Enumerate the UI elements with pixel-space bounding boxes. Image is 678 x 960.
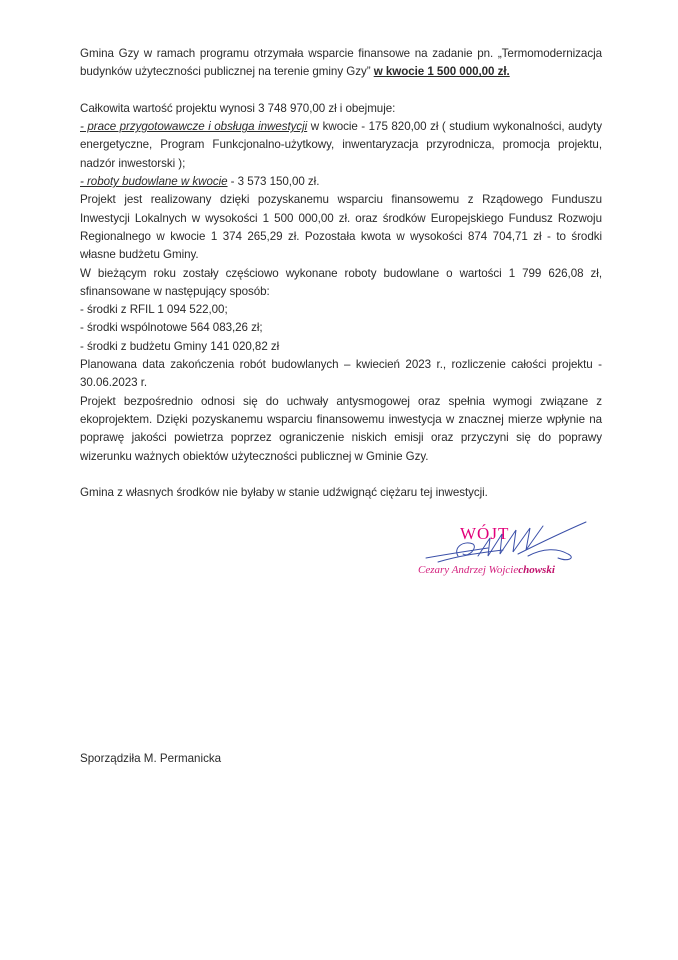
cost-item-construction: - roboty budowlane w kwocie - 3 573 150,…	[80, 173, 602, 191]
total-value-line: Całkowita wartość projektu wynosi 3 748 …	[80, 100, 602, 118]
cost-item-preparatory: - prace przygotowawcze i obsługa inwesty…	[80, 118, 602, 173]
funding-source-municipal: - środki z budżetu Gminy 141 020,82 zł	[80, 338, 602, 356]
current-year-paragraph: W bieżącym roku zostały częściowo wykona…	[80, 265, 602, 302]
cost-item-construction-label: - roboty budowlane w kwocie	[80, 175, 228, 188]
spacer	[80, 82, 602, 100]
prepared-by: Sporządziła M. Permanicka	[80, 752, 221, 765]
funding-source-eu: - środki wspólnotowe 564 083,26 zł;	[80, 319, 602, 337]
impact-paragraph: Projekt bezpośrednio odnosi się do uchwa…	[80, 393, 602, 466]
cost-item-preparatory-label: - prace przygotowawcze i obsługa inwesty…	[80, 120, 307, 133]
spacer	[80, 466, 602, 484]
signature-stamp: WÓJT Cezary Andrzej Wojciechowski	[418, 518, 598, 588]
signature-title: WÓJT	[460, 524, 509, 544]
signature-name-regular: Cezary Andrzej Wojcie	[418, 564, 518, 576]
intro-paragraph: Gmina Gzy w ramach programu otrzymała ws…	[80, 45, 602, 82]
closing-sentence: Gmina z własnych środków nie byłaby w st…	[80, 484, 602, 502]
document-body: Gmina Gzy w ramach programu otrzymała ws…	[80, 45, 602, 502]
funding-paragraph: Projekt jest realizowany dzięki pozyskan…	[80, 191, 602, 264]
planned-completion: Planowana data zakończenia robót budowla…	[80, 356, 602, 393]
signature-name-bold: chowski	[518, 564, 555, 576]
intro-text: Gmina Gzy w ramach programu otrzymała ws…	[80, 47, 602, 78]
funding-source-rfil: - środki z RFIL 1 094 522,00;	[80, 301, 602, 319]
signature-name: Cezary Andrzej Wojciechowski	[418, 564, 555, 576]
intro-amount: w kwocie 1 500 000,00 zł.	[374, 65, 510, 78]
cost-item-construction-text: - 3 573 150,00 zł.	[228, 175, 320, 188]
